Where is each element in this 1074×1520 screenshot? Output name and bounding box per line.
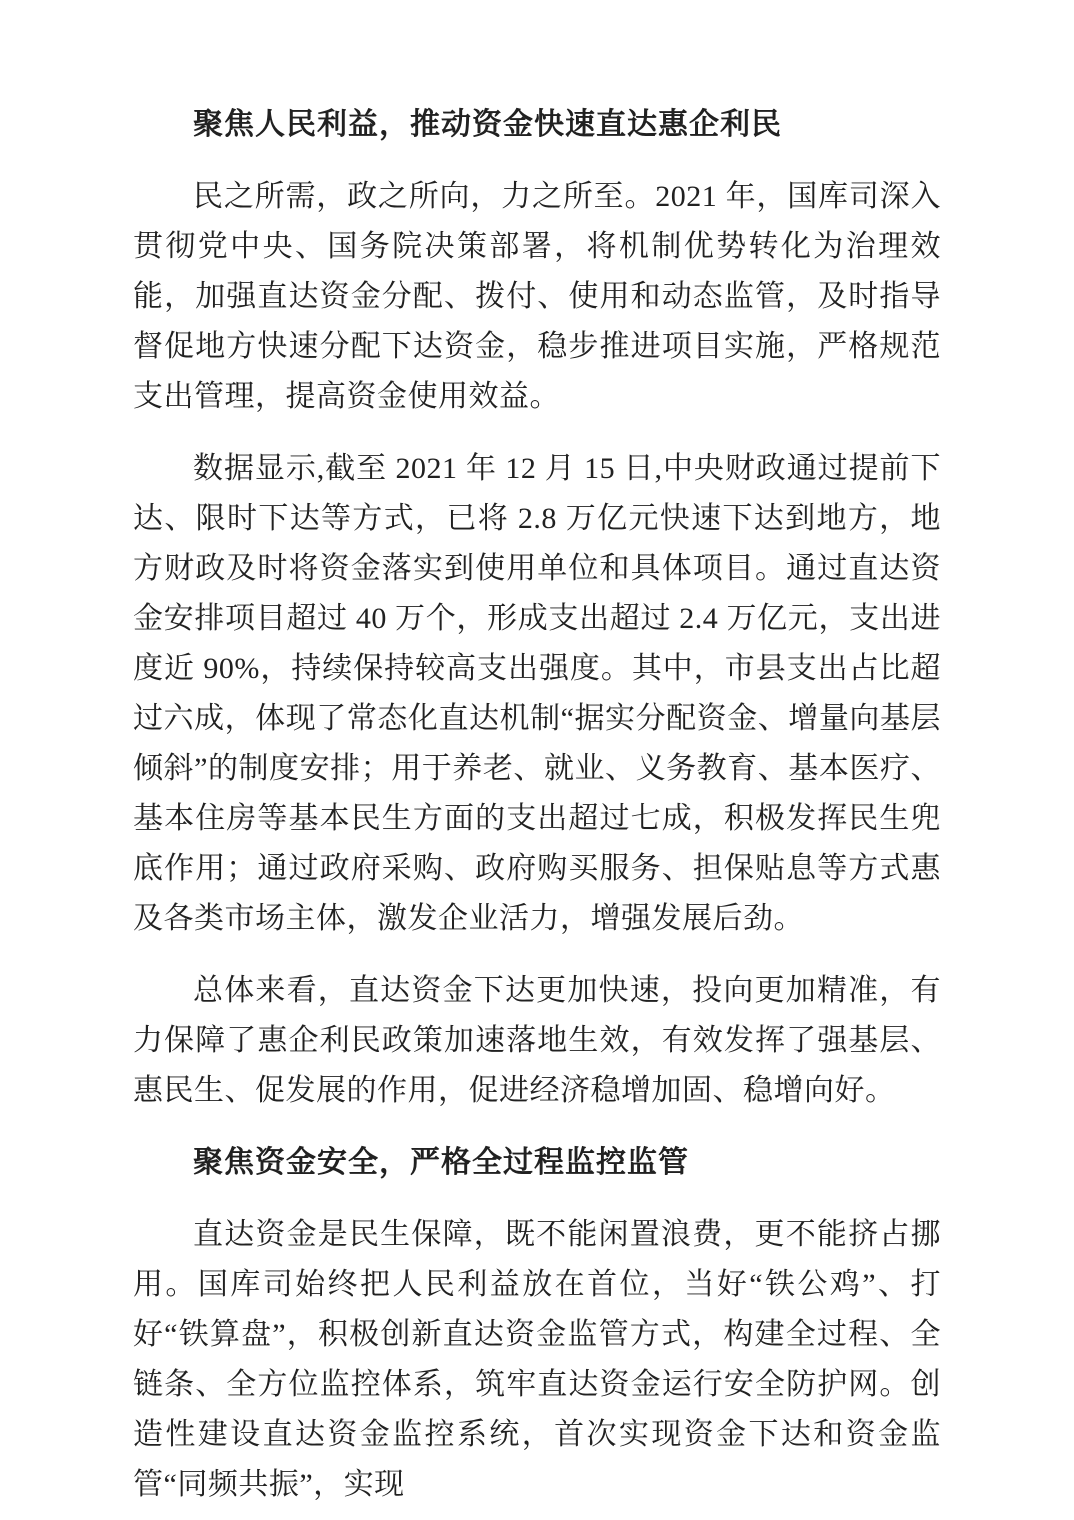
section-heading: 聚焦人民利益，推动资金快速直达惠企利民	[133, 100, 941, 150]
paragraph: 数据显示,截至 2021 年 12 月 15 日,中央财政通过提前下达、限时下达…	[133, 444, 941, 944]
paragraph: 民之所需，政之所向，力之所至。2021 年，国库司深入贯彻党中央、国务院决策部署…	[133, 172, 941, 422]
paragraph: 直达资金是民生保障，既不能闲置浪费，更不能挤占挪用。国库司始终把人民利益放在首位…	[133, 1210, 941, 1510]
paragraph: 总体来看，直达资金下达更加快速，投向更加精准，有力保障了惠企利民政策加速落地生效…	[133, 966, 941, 1116]
section-heading: 聚焦资金安全，严格全过程监控监管	[133, 1138, 941, 1188]
document-page: 聚焦人民利益，推动资金快速直达惠企利民 民之所需，政之所向，力之所至。2021 …	[0, 0, 1074, 1520]
